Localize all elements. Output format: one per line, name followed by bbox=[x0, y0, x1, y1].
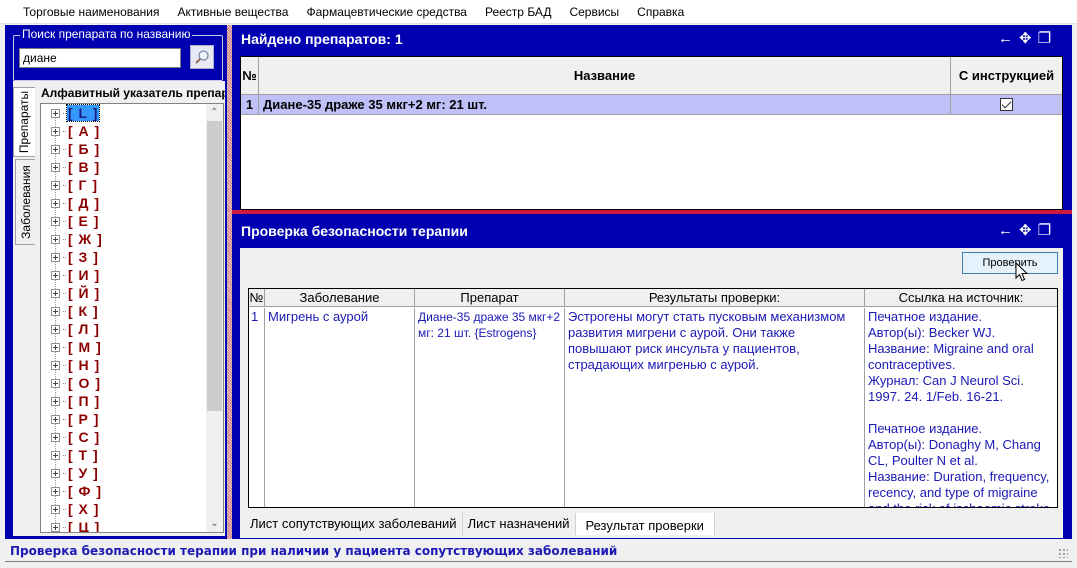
resize-grip-icon[interactable] bbox=[1058, 548, 1068, 558]
search-legend: Поиск препарата по названию bbox=[20, 27, 192, 41]
col-drug[interactable]: Препарат bbox=[415, 289, 565, 306]
table-header: № Название С инструкцией bbox=[241, 57, 1062, 95]
row-instruction bbox=[951, 95, 1062, 114]
tree-item[interactable]: [ Н ] bbox=[41, 356, 209, 374]
col-num[interactable]: № bbox=[241, 57, 259, 94]
tree-item-label: [ О ] bbox=[67, 375, 102, 391]
expand-icon[interactable] bbox=[51, 181, 60, 190]
mouse-cursor-icon bbox=[1015, 262, 1029, 282]
scroll-down-icon[interactable]: ⌄ bbox=[206, 515, 223, 532]
vertical-splitter[interactable] bbox=[227, 25, 232, 539]
tree-item-label: [ Л ] bbox=[67, 321, 101, 337]
tree-item[interactable]: [ Ж ] bbox=[41, 230, 209, 248]
tree-item-label: [ П ] bbox=[67, 393, 101, 409]
tree-item-label: [ Т ] bbox=[67, 447, 100, 463]
expand-icon[interactable] bbox=[51, 325, 60, 334]
table-row[interactable]: 1 Мигрень с аурой Диане-35 драже 35 мкг+… bbox=[249, 308, 1057, 508]
menu-services[interactable]: Сервисы bbox=[560, 5, 628, 19]
search-input[interactable] bbox=[19, 48, 181, 68]
expand-icon[interactable] bbox=[51, 145, 60, 154]
check-panel-controls: ← ✥ ❐ bbox=[998, 223, 1051, 238]
expand-icon[interactable] bbox=[51, 379, 60, 388]
expand-icon[interactable] bbox=[51, 361, 60, 370]
tree-item[interactable]: [ З ] bbox=[41, 248, 209, 266]
tree-item[interactable]: [ Е ] bbox=[41, 212, 209, 230]
expand-icon[interactable] bbox=[51, 523, 60, 532]
check-area: Проверить № Заболевание Препарат Результ… bbox=[240, 248, 1063, 538]
instruction-checkbox[interactable] bbox=[1000, 98, 1013, 111]
tree-item[interactable]: [ М ] bbox=[41, 338, 209, 356]
tree-item[interactable]: [ А ] bbox=[41, 122, 209, 140]
found-drugs-table: № Название С инструкцией 1 Диане-35 драж… bbox=[240, 56, 1063, 210]
expand-icon[interactable] bbox=[51, 469, 60, 478]
tree-item-label: [ Й ] bbox=[67, 285, 101, 301]
tree-item[interactable]: [ L ] bbox=[41, 104, 209, 122]
tree-scrollbar[interactable]: ⌃ ⌄ bbox=[206, 104, 223, 532]
tree-item[interactable]: [ В ] bbox=[41, 158, 209, 176]
tree-item[interactable]: [ Ц ] bbox=[41, 518, 209, 533]
tree-item[interactable]: [ И ] bbox=[41, 266, 209, 284]
expand-icon[interactable] bbox=[51, 415, 60, 424]
tab-prescriptions[interactable]: Лист назначений bbox=[463, 513, 576, 535]
check-panel-title: Проверка безопасности терапии bbox=[241, 223, 468, 239]
found-panel-controls: ← ✥ ❐ bbox=[998, 31, 1051, 46]
scroll-thumb[interactable] bbox=[207, 121, 222, 411]
left-body: Препараты Заболевания Алфавитный указате… bbox=[13, 81, 225, 536]
back-arrow-icon[interactable]: ← bbox=[998, 31, 1013, 46]
tree-item-label: [ L ] bbox=[67, 105, 99, 121]
tree-area: Алфавитный указатель препаратов [ L ][ А… bbox=[37, 81, 225, 536]
tree-list: [ L ][ А ][ Б ][ В ][ Г ][ Д ][ Е ][ Ж ]… bbox=[41, 104, 209, 533]
tree-item-label: [ Ж ] bbox=[67, 231, 104, 247]
row-result: Эстрогены могут стать пусковым механизмо… bbox=[565, 308, 865, 508]
undock-icon[interactable]: ❐ bbox=[1038, 223, 1051, 238]
expand-icon[interactable] bbox=[51, 271, 60, 280]
scroll-up-icon[interactable]: ⌃ bbox=[206, 104, 223, 121]
col-source[interactable]: Ссылка на источник: bbox=[865, 289, 1057, 306]
tree-item[interactable]: [ Г ] bbox=[41, 176, 209, 194]
tree-item[interactable]: [ У ] bbox=[41, 464, 209, 482]
expand-icon[interactable] bbox=[51, 397, 60, 406]
tree-item-label: [ У ] bbox=[67, 465, 100, 481]
tree-title: Алфавитный указатель препаратов bbox=[41, 86, 225, 100]
status-bar: Проверка безопасности терапии при наличи… bbox=[5, 540, 1072, 562]
status-text: Проверка безопасности терапии при наличи… bbox=[10, 544, 617, 558]
tree-item-label: [ С ] bbox=[67, 429, 101, 445]
tree-item[interactable]: [ С ] bbox=[41, 428, 209, 446]
tab-drugs[interactable]: Препараты bbox=[13, 87, 35, 157]
tree-item[interactable]: [ Л ] bbox=[41, 320, 209, 338]
horizontal-splitter[interactable] bbox=[232, 210, 1072, 214]
tab-diseases[interactable]: Заболевания bbox=[15, 159, 35, 245]
col-result[interactable]: Результаты проверки: bbox=[565, 289, 865, 306]
col-instruction[interactable]: С инструкцией bbox=[951, 57, 1062, 94]
undock-icon[interactable]: ❐ bbox=[1038, 31, 1051, 46]
tree-item[interactable]: [ Ф ] bbox=[41, 482, 209, 500]
magnifier-icon bbox=[194, 49, 210, 65]
expand-icon[interactable] bbox=[51, 505, 60, 514]
tree-item[interactable]: [ Х ] bbox=[41, 500, 209, 518]
tree-item[interactable]: [ К ] bbox=[41, 302, 209, 320]
move-icon[interactable]: ✥ bbox=[1019, 223, 1032, 238]
search-button[interactable] bbox=[190, 45, 214, 69]
back-arrow-icon[interactable]: ← bbox=[998, 223, 1013, 238]
expand-icon[interactable] bbox=[51, 307, 60, 316]
menu-active-substances[interactable]: Активные вещества bbox=[169, 5, 298, 19]
row-drug: Диане-35 драже 35 мкг+2 мг: 21 шт. {Estr… bbox=[415, 308, 565, 508]
left-panel: Поиск препарата по названию Препараты За… bbox=[5, 25, 227, 539]
tree-item-label: [ Д ] bbox=[67, 195, 101, 211]
tree-item-label: [ Ц ] bbox=[67, 519, 101, 533]
tree-item[interactable]: [ Б ] bbox=[41, 140, 209, 158]
col-disease[interactable]: Заболевание bbox=[265, 289, 415, 306]
col-num[interactable]: № bbox=[249, 289, 265, 306]
results-table: № Заболевание Препарат Результаты провер… bbox=[248, 288, 1058, 508]
tree-item-label: [ И ] bbox=[67, 267, 101, 283]
tab-comorbidities[interactable]: Лист сопутствующих заболеваний bbox=[245, 513, 463, 535]
tree-item[interactable]: [ Т ] bbox=[41, 446, 209, 464]
move-icon[interactable]: ✥ bbox=[1019, 31, 1032, 46]
expand-icon[interactable] bbox=[51, 217, 60, 226]
expand-icon[interactable] bbox=[51, 253, 60, 262]
row-disease: Мигрень с аурой bbox=[265, 308, 415, 508]
expand-icon[interactable] bbox=[51, 235, 60, 244]
row-source: Печатное издание. Автор(ы): Becker WJ. Н… bbox=[865, 308, 1057, 508]
tree-item-label: [ М ] bbox=[67, 339, 103, 355]
expand-icon[interactable] bbox=[51, 289, 60, 298]
check-button[interactable]: Проверить bbox=[962, 252, 1058, 274]
menu-bad-registry[interactable]: Реестр БАД bbox=[476, 5, 560, 19]
tree-item[interactable]: [ О ] bbox=[41, 374, 209, 392]
alphabet-tree[interactable]: [ L ][ А ][ Б ][ В ][ Г ][ Д ][ Е ][ Ж ]… bbox=[40, 103, 224, 533]
expand-icon[interactable] bbox=[51, 433, 60, 442]
expand-icon[interactable] bbox=[51, 487, 60, 496]
menu-trade-names[interactable]: Торговые наименования bbox=[14, 5, 169, 19]
tab-check-result[interactable]: Результат проверки bbox=[576, 513, 715, 535]
tree-item-label: [ Х ] bbox=[67, 501, 100, 517]
tree-item[interactable]: [ П ] bbox=[41, 392, 209, 410]
row-num: 1 bbox=[241, 95, 259, 114]
tree-item-label: [ А ] bbox=[67, 123, 101, 139]
menu-pharma-products[interactable]: Фармацевтические средства bbox=[297, 5, 476, 19]
expand-icon[interactable] bbox=[51, 109, 60, 118]
found-panel-title: Найдено препаратов: 1 bbox=[241, 31, 403, 47]
tree-item-label: [ Г ] bbox=[67, 177, 99, 193]
tree-item-label: [ Н ] bbox=[67, 357, 101, 373]
expand-icon[interactable] bbox=[51, 343, 60, 352]
expand-icon[interactable] bbox=[51, 199, 60, 208]
tree-item-label: [ В ] bbox=[67, 159, 101, 175]
tree-item[interactable]: [ Д ] bbox=[41, 194, 209, 212]
bottom-tabs: Лист сопутствующих заболеваний Лист назн… bbox=[245, 513, 715, 535]
search-group: Поиск препарата по названию bbox=[13, 35, 223, 81]
tree-item-label: [ Р ] bbox=[67, 411, 100, 427]
expand-icon[interactable] bbox=[51, 163, 60, 172]
menu-help[interactable]: Справка bbox=[628, 5, 693, 19]
table-row[interactable]: 1 Диане-35 драже 35 мкг+2 мг: 21 шт. bbox=[241, 95, 1062, 115]
tree-item-label: [ Е ] bbox=[67, 213, 100, 229]
row-num: 1 bbox=[249, 308, 265, 508]
menu-bar: Торговые наименования Активные вещества … bbox=[0, 0, 1077, 24]
expand-icon[interactable] bbox=[51, 451, 60, 460]
results-header: № Заболевание Препарат Результаты провер… bbox=[249, 289, 1057, 307]
col-name[interactable]: Название bbox=[259, 57, 951, 94]
left-vertical-tabs: Препараты Заболевания bbox=[13, 81, 35, 536]
tree-item-label: [ З ] bbox=[67, 249, 100, 265]
tree-item-label: [ К ] bbox=[67, 303, 100, 319]
tree-item[interactable]: [ Р ] bbox=[41, 410, 209, 428]
row-name: Диане-35 драже 35 мкг+2 мг: 21 шт. bbox=[259, 95, 951, 114]
expand-icon[interactable] bbox=[51, 127, 60, 136]
tree-item-label: [ Ф ] bbox=[67, 483, 103, 499]
tree-item-label: [ Б ] bbox=[67, 141, 101, 157]
tree-item[interactable]: [ Й ] bbox=[41, 284, 209, 302]
